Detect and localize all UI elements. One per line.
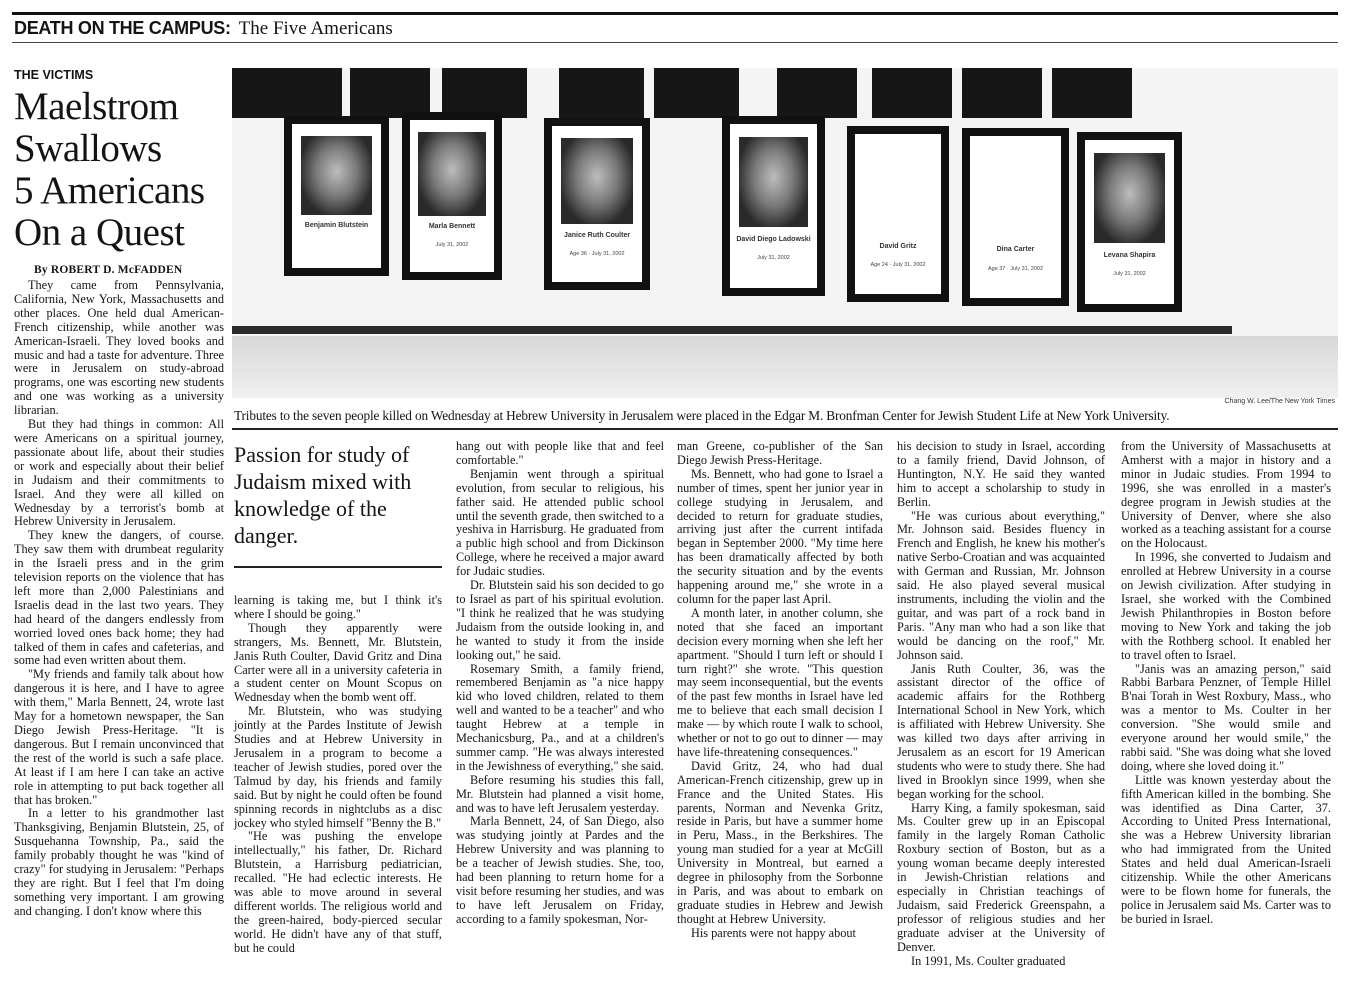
paragraph: "He was pushing the envelope intellectua… <box>234 830 442 955</box>
paragraph: Mr. Blutstein, who was studying jointly … <box>234 705 442 830</box>
wall-panel <box>559 68 644 118</box>
article-column-2: learning is taking me, but I think it's … <box>234 594 442 956</box>
portrait-photo <box>1094 153 1165 243</box>
paragraph: "He was curious about everything," Mr. J… <box>897 510 1105 663</box>
wall-panel <box>232 68 342 118</box>
article-column-1: They came from Pennsylvania, California,… <box>14 279 224 919</box>
paragraph: Little was known yesterday about the fif… <box>1121 774 1331 927</box>
article-column-3: hang out with people like that and feel … <box>456 440 664 927</box>
portrait-photo <box>418 132 485 216</box>
frame-date: Age 37 · July 31, 2002 <box>970 266 1061 272</box>
wall-panel <box>777 68 857 118</box>
frame-date: July 31, 2002 <box>410 242 494 248</box>
headline-line: Swallows <box>14 128 224 170</box>
paragraph: They knew the dangers, of course. They s… <box>14 529 224 668</box>
article-column-5: his decision to study in Israel, accordi… <box>897 440 1105 968</box>
photo-credit: Chang W. Lee/The New York Times <box>1225 398 1336 405</box>
paragraph: Janis Ruth Coulter, 36, was the assistan… <box>897 663 1105 802</box>
frame-date: July 31, 2002 <box>730 255 817 261</box>
headline: Maelstrom Swallows 5 Americans On a Ques… <box>14 86 224 254</box>
paragraph: In 1996, she converted to Judaism and en… <box>1121 551 1331 662</box>
paragraph: Though they apparently were strangers, M… <box>234 622 442 705</box>
wall-panel <box>962 68 1042 118</box>
wall-panel <box>442 68 527 118</box>
portrait-photo <box>739 137 809 227</box>
headline-line: On a Quest <box>14 212 224 254</box>
wall-panel <box>1052 68 1132 118</box>
frame-name: Janice Ruth Coulter <box>552 232 642 239</box>
lead-column: THE VICTIMS Maelstrom Swallows 5 America… <box>14 66 224 919</box>
eyebrow: THE VICTIMS <box>14 68 224 82</box>
frame-date: Age 36 · July 31, 2002 <box>552 251 642 257</box>
paragraph: his decision to study in Israel, accordi… <box>897 440 1105 510</box>
paragraph: His parents were not happy about <box>677 927 883 941</box>
flag-rule <box>12 42 1338 43</box>
tribute-frame: Janice Ruth Coulter Age 36 · July 31, 20… <box>544 118 650 290</box>
frame-name: David Diego Ladowski <box>730 236 817 243</box>
tribute-frame: David Diego Ladowski July 31, 2002 <box>722 116 825 296</box>
frame-name: Dina Carter <box>970 246 1061 253</box>
section-kicker: DEATH ON THE CAMPUS: <box>14 18 231 38</box>
paragraph: David Gritz, 24, who had dual American-F… <box>677 760 883 927</box>
paragraph: In 1991, Ms. Coulter graduated <box>897 955 1105 969</box>
tribute-frame: Marla Bennett July 31, 2002 <box>402 112 502 280</box>
headline-line: 5 Americans <box>14 170 224 212</box>
floor <box>232 336 1338 398</box>
paragraph: "My friends and family talk about how da… <box>14 668 224 807</box>
frame-name: Levana Shapira <box>1085 252 1174 259</box>
top-rule <box>12 12 1338 15</box>
paragraph: man Greene, co-publisher of the San Dieg… <box>677 440 883 468</box>
frame-date: July 31, 2002 <box>1085 271 1174 277</box>
paragraph: Dr. Blutstein said his son decided to go… <box>456 579 664 662</box>
portrait-photo <box>561 138 633 224</box>
portrait-placeholder <box>864 147 933 235</box>
wall-panel <box>654 68 739 118</box>
tribute-frame: Dina Carter Age 37 · July 31, 2002 <box>962 128 1069 306</box>
paragraph: hang out with people like that and feel … <box>456 440 664 468</box>
paragraph: They came from Pennsylvania, California,… <box>14 279 224 418</box>
portrait-photo <box>301 136 372 215</box>
paragraph: Rosemary Smith, a family friend, remembe… <box>456 663 664 774</box>
tribute-frame: Levana Shapira July 31, 2002 <box>1077 132 1182 312</box>
byline: By ROBERT D. McFADDEN <box>34 264 224 276</box>
section-flag: DEATH ON THE CAMPUS:The Five Americans <box>14 18 393 40</box>
portrait-placeholder <box>979 149 1052 238</box>
paragraph: Before resuming his studies this fall, M… <box>456 774 664 816</box>
paragraph: Marla Bennett, 24, of San Diego, also wa… <box>456 815 664 926</box>
pull-quote: Passion for study of Judaism mixed with … <box>234 441 442 549</box>
article-column-4: man Greene, co-publisher of the San Dieg… <box>677 440 883 941</box>
frame-name: David Gritz <box>855 243 941 250</box>
paragraph: learning is taking me, but I think it's … <box>234 594 442 622</box>
paragraph: Ms. Bennett, who had gone to Israel a nu… <box>677 468 883 607</box>
paragraph: But they had things in common: All were … <box>14 418 224 529</box>
frame-date: Age 24 · July 31, 2002 <box>855 262 941 268</box>
pull-quote-rule <box>234 566 442 568</box>
tribute-frame: David Gritz Age 24 · July 31, 2002 <box>847 126 949 302</box>
section-subtitle: The Five Americans <box>239 18 393 39</box>
paragraph: In a letter to his grandmother last Than… <box>14 807 224 918</box>
photo-caption: Tributes to the seven people killed on W… <box>234 408 1340 424</box>
headline-line: Maelstrom <box>14 86 224 128</box>
article-column-6: from the University of Massachusetts at … <box>1121 440 1331 927</box>
wall-panel <box>350 68 430 118</box>
paragraph: Harry King, a family spokesman, said Ms.… <box>897 802 1105 955</box>
ledge <box>232 326 1232 334</box>
tribute-frame: Benjamin Blutstein <box>284 116 389 276</box>
caption-rule <box>232 428 1338 430</box>
paragraph: Benjamin went through a spiritual evolut… <box>456 468 664 579</box>
frame-name: Marla Bennett <box>410 223 494 230</box>
frame-name: Benjamin Blutstein <box>292 222 381 229</box>
memorial-photo: Benjamin Blutstein Marla Bennett July 31… <box>232 68 1338 398</box>
wall-panel <box>872 68 952 118</box>
paragraph: from the University of Massachusetts at … <box>1121 440 1331 551</box>
paragraph: A month later, in another column, she no… <box>677 607 883 760</box>
paragraph: "Janis was an amazing person," said Rabb… <box>1121 663 1331 774</box>
